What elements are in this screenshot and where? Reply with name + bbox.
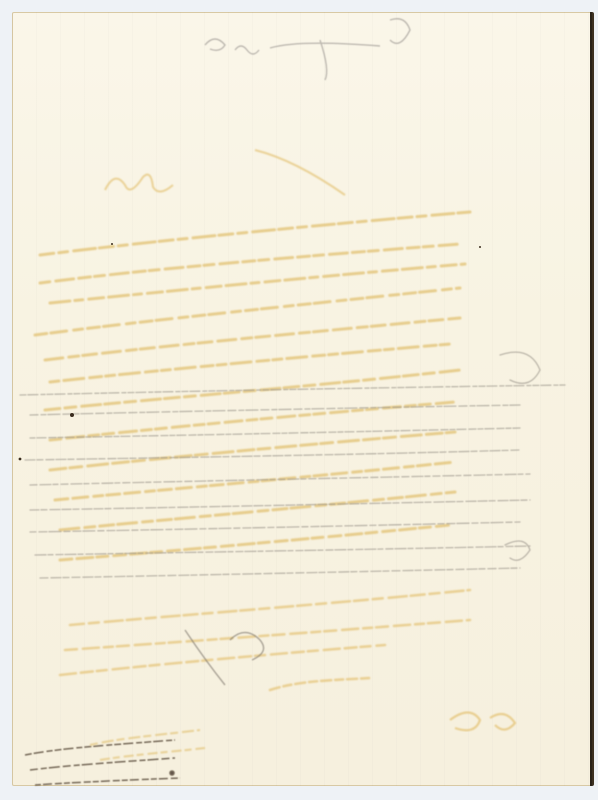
top-grey-annotation [205, 19, 410, 80]
handwriting-bleed-through [0, 0, 598, 800]
paper-specks [19, 243, 481, 460]
initials-mark [450, 713, 515, 731]
bottom-left-dark-annotation [25, 740, 180, 785]
ochre-text-block-upper [35, 212, 470, 560]
ochre-heading-mark [105, 150, 345, 195]
ochre-closing-lines [60, 590, 470, 690]
